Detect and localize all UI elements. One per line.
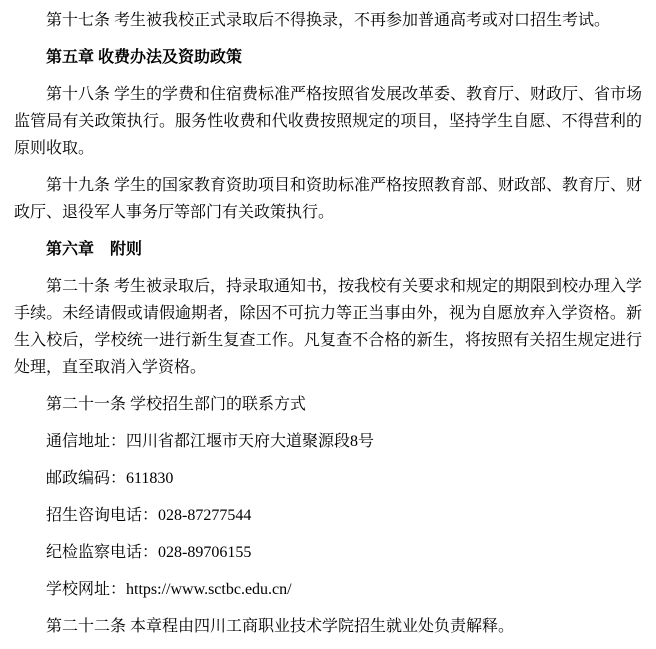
- postal-code: 邮政编码：611830: [14, 465, 642, 492]
- article-17: 第十七条 考生被我校正式录取后不得换录，不再参加普通高考或对口招生考试。: [14, 7, 642, 34]
- school-website: 学校网址：https://www.sctbc.edu.cn/: [14, 576, 642, 603]
- article-21: 第二十一条 学校招生部门的联系方式: [14, 391, 642, 418]
- article-18: 第十八条 学生的学费和住宿费标准严格按照省发展改革委、教育厅、财政厅、省市场监管…: [14, 81, 642, 162]
- document-page: 第十七条 考生被我校正式录取后不得换录，不再参加普通高考或对口招生考试。 第五章…: [0, 0, 656, 649]
- chapter-6-heading: 第六章 附则: [14, 236, 642, 263]
- discipline-phone: 纪检监察电话：028-89706155: [14, 539, 642, 566]
- admissions-phone: 招生咨询电话：028-87277544: [14, 502, 642, 529]
- article-19: 第十九条 学生的国家教育资助项目和资助标准严格按照教育部、财政部、教育厅、财政厅…: [14, 172, 642, 226]
- article-20: 第二十条 考生被录取后，持录取通知书，按我校有关要求和规定的期限到校办理入学手续…: [14, 273, 642, 381]
- contact-address: 通信地址：四川省都江堰市天府大道聚源段8号: [14, 428, 642, 455]
- chapter-5-heading: 第五章 收费办法及资助政策: [14, 44, 642, 71]
- article-22: 第二十二条 本章程由四川工商职业技术学院招生就业处负责解释。: [14, 613, 642, 640]
